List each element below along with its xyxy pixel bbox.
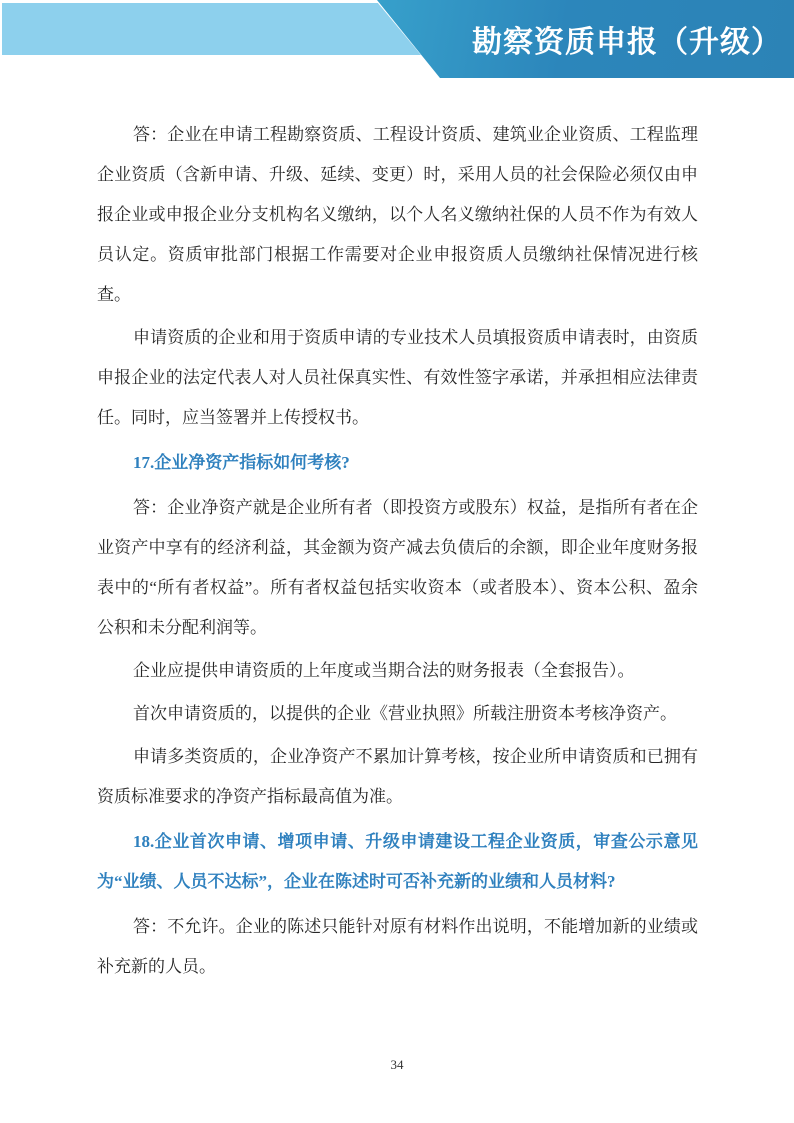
header-title: 勘察资质申报（升级） bbox=[472, 17, 794, 61]
page-footer: 34 bbox=[0, 1056, 794, 1074]
paragraph-answer-17-2: 企业应提供申请资质的上年度或当期合法的财务报表（全套报告）。 bbox=[97, 651, 698, 691]
document-body: 答：企业在申请工程勘察资质、工程设计资质、建筑业企业资质、工程监理企业资质（含新… bbox=[97, 115, 698, 990]
question-18-heading: 18.企业首次申请、增项申请、升级申请建设工程企业资质，审查公示意见为“业绩、人… bbox=[97, 822, 698, 902]
paragraph-answer-16-2: 申请资质的企业和用于资质申请的专业技术人员填报资质申请表时，由资质申报企业的法定… bbox=[97, 318, 698, 438]
paragraph-answer-17-4: 申请多类资质的，企业净资产不累加计算考核，按企业所申请资质和已拥有资质标准要求的… bbox=[97, 737, 698, 817]
header-dark-band: 勘察资质申报（升级） bbox=[377, 0, 794, 78]
page-number: 34 bbox=[391, 1057, 404, 1072]
document-page: 勘察资质申报（升级） 答：企业在申请工程勘察资质、工程设计资质、建筑业企业资质、… bbox=[0, 0, 794, 1123]
paragraph-answer-17-1: 答：企业净资产就是企业所有者（即投资方或股东）权益，是指所有者在企业资产中享有的… bbox=[97, 488, 698, 648]
page-header: 勘察资质申报（升级） bbox=[0, 0, 794, 80]
paragraph-answer-16-1: 答：企业在申请工程勘察资质、工程设计资质、建筑业企业资质、工程监理企业资质（含新… bbox=[97, 115, 698, 315]
header-light-band bbox=[2, 3, 421, 55]
paragraph-answer-17-3: 首次申请资质的，以提供的企业《营业执照》所载注册资本考核净资产。 bbox=[97, 694, 698, 734]
paragraph-answer-18-1: 答：不允许。企业的陈述只能针对原有材料作出说明，不能增加新的业绩或补充新的人员。 bbox=[97, 907, 698, 987]
question-17-heading: 17.企业净资产指标如何考核? bbox=[97, 443, 698, 483]
